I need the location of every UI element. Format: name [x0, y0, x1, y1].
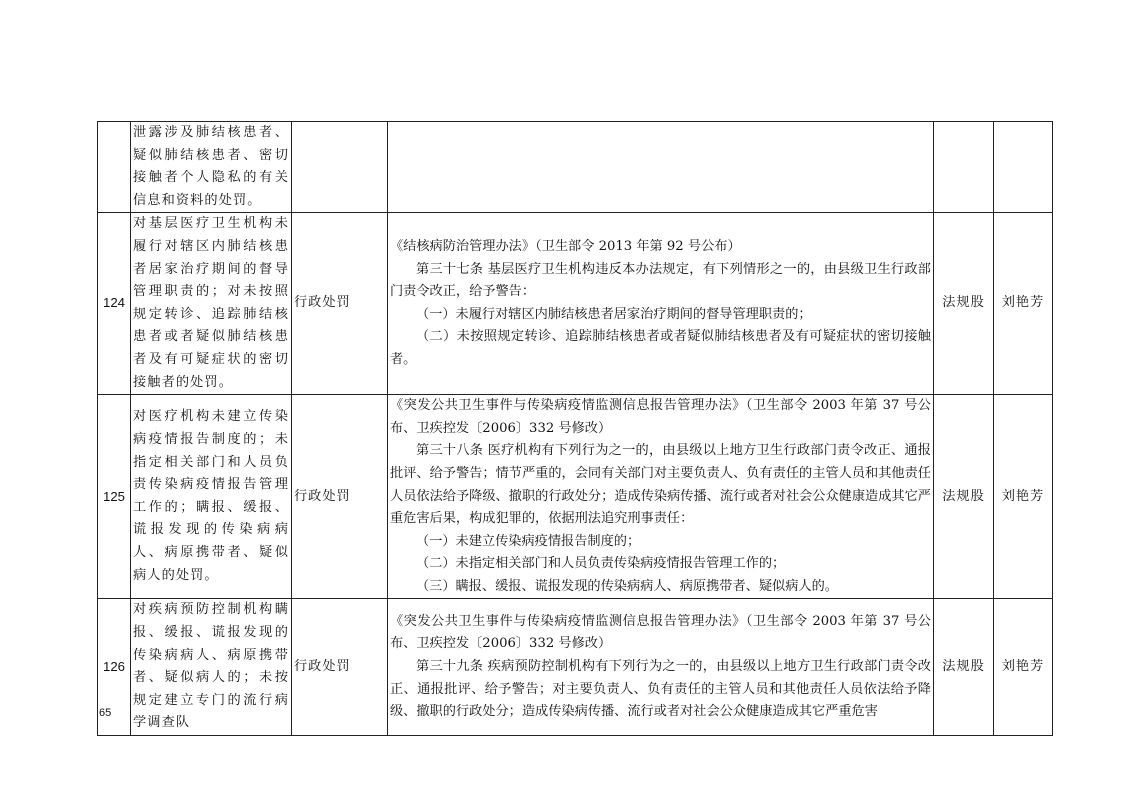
item-name: 泄露涉及肺结核患者、疑似肺结核患者、密切接触者个人隐私的有关信息和资料的处罚。: [131, 122, 292, 213]
basis-paragraph: 第三十九条 疾病预防控制机构有下列行为之一的，由县级以上地方卫生行政部门责令改正…: [390, 656, 931, 724]
table-row: 126 对疾病预防控制机构瞒报、缓报、谎报发现的传染病病人、病原携带者、疑似病人…: [98, 599, 1053, 736]
row-number: 124: [98, 213, 131, 395]
basis-paragraph: （一）未履行对辖区内肺结核患者居家治疗期间的督导管理职责的；: [390, 304, 931, 327]
penalty-type: 行政处罚: [292, 395, 388, 599]
table-row: 泄露涉及肺结核患者、疑似肺结核患者、密切接触者个人隐私的有关信息和资料的处罚。: [98, 122, 1053, 213]
responsible-person: 刘艳芳: [994, 213, 1053, 395]
item-name: 对疾病预防控制机构瞒报、缓报、谎报发现的传染病病人、病原携带者、疑似病人的；未按…: [131, 599, 292, 736]
penalty-type: [292, 122, 388, 213]
penalty-type: 行政处罚: [292, 599, 388, 736]
basis-paragraph: 《突发公共卫生事件与传染病疫情监测信息报告管理办法》（卫生部令 2003 年第 …: [390, 395, 931, 440]
department: 法规股: [934, 599, 994, 736]
basis-paragraph: 第三十七条 基层医疗卫生机构违反本办法规定，有下列情形之一的，由县级卫生行政部门…: [390, 259, 931, 304]
department: [934, 122, 994, 213]
department: 法规股: [934, 213, 994, 395]
basis-paragraph: （三）瞒报、缓报、谎报发现的传染病病人、病原携带者、疑似病人的。: [390, 576, 931, 599]
legal-basis: 《突发公共卫生事件与传染病疫情监测信息报告管理办法》（卫生部令 2003 年第 …: [388, 599, 934, 736]
basis-paragraph: 第三十八条 医疗机构有下列行为之一的，由县级以上地方卫生行政部门责令改正、通报批…: [390, 440, 931, 530]
table-row: 125 对医疗机构未建立传染病疫情报告制度的；未指定相关部门和人员负责传染病疫情…: [98, 395, 1053, 599]
basis-paragraph: 《结核病防治管理办法》（卫生部令 2013 年第 92 号公布）: [390, 236, 931, 259]
penalty-type: 行政处罚: [292, 213, 388, 395]
basis-paragraph: （一）未建立传染病疫情报告制度的；: [390, 531, 931, 554]
responsible-person: 刘艳芳: [994, 599, 1053, 736]
page-number: 65: [99, 707, 111, 719]
legal-basis: 《突发公共卫生事件与传染病疫情监测信息报告管理办法》（卫生部令 2003 年第 …: [388, 395, 934, 599]
item-name: 对基层医疗卫生机构未履行对辖区内肺结核患者居家治疗期间的督导管理职责的；对未按照…: [131, 213, 292, 395]
basis-paragraph: （二）未指定相关部门和人员负责传染病疫情报告管理工作的；: [390, 553, 931, 576]
item-name: 对医疗机构未建立传染病疫情报告制度的；未指定相关部门和人员负责传染病疫情报告管理…: [131, 395, 292, 599]
responsible-person: [994, 122, 1053, 213]
basis-paragraph: （二）未按照规定转诊、追踪肺结核患者或者疑似肺结核患者及有可疑症状的密切接触者。: [390, 326, 931, 371]
row-number: 125: [98, 395, 131, 599]
responsible-person: 刘艳芳: [994, 395, 1053, 599]
penalty-table: 泄露涉及肺结核患者、疑似肺结核患者、密切接触者个人隐私的有关信息和资料的处罚。 …: [97, 121, 1053, 736]
legal-basis: 《结核病防治管理办法》（卫生部令 2013 年第 92 号公布）第三十七条 基层…: [388, 213, 934, 395]
row-number: [98, 122, 131, 213]
legal-basis: [388, 122, 934, 213]
table-row: 124 对基层医疗卫生机构未履行对辖区内肺结核患者居家治疗期间的督导管理职责的；…: [98, 213, 1053, 395]
basis-paragraph: 《突发公共卫生事件与传染病疫情监测信息报告管理办法》（卫生部令 2003 年第 …: [390, 611, 931, 656]
department: 法规股: [934, 395, 994, 599]
